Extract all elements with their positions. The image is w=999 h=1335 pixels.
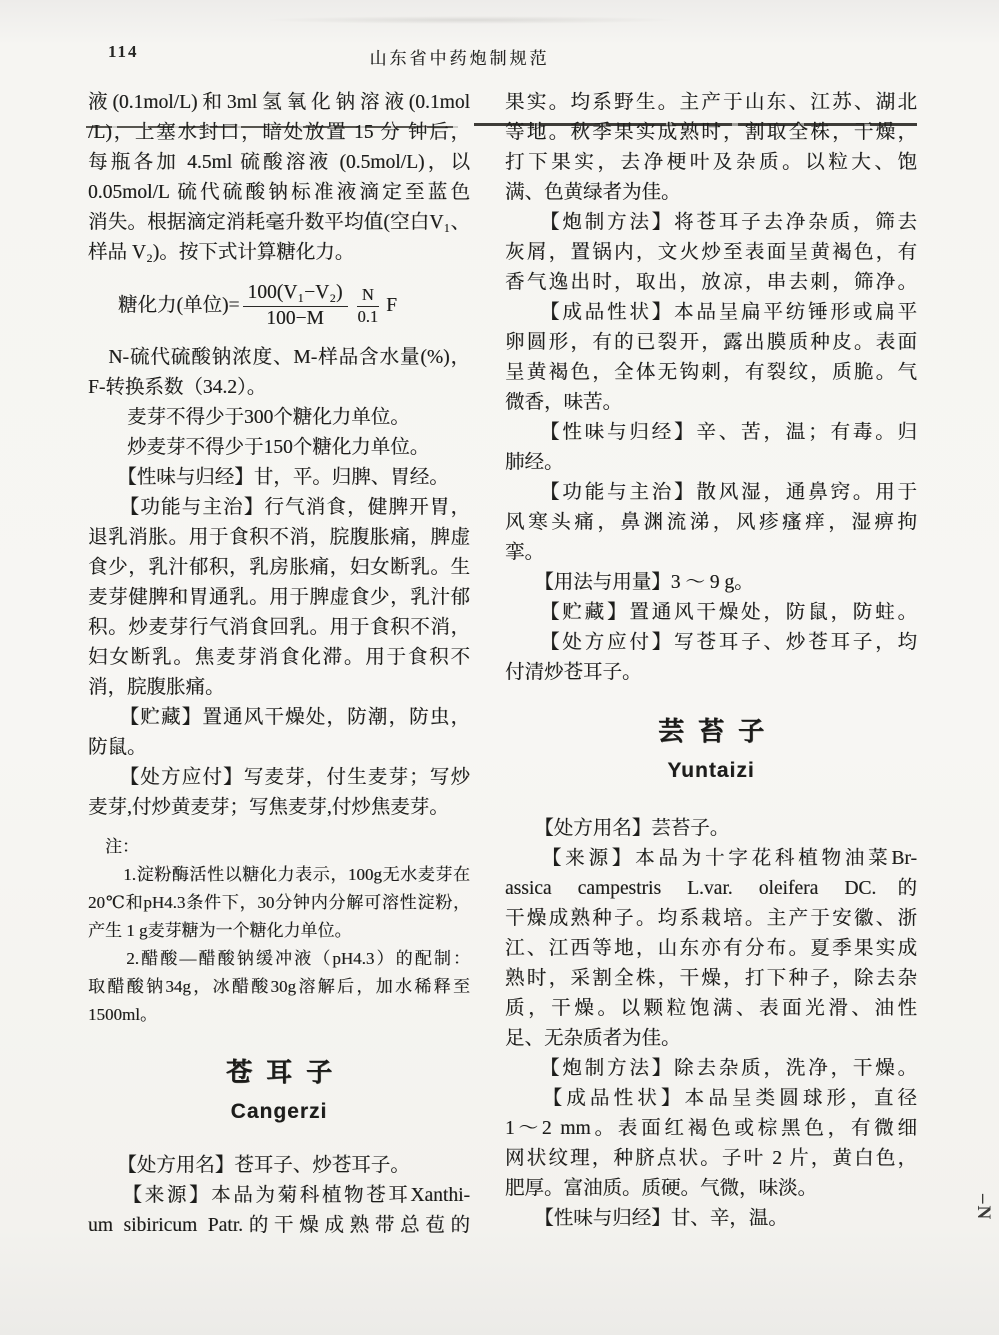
text-line: 卵圆形，有的已裂开，露出膜质种皮。表面	[505, 328, 917, 358]
formula-main-numerator: 100(V₁−V₂)	[243, 282, 348, 306]
text-line: 【用法与用量】3 ～ 9 g。	[505, 568, 917, 598]
text-line: 肥厚。富油质。质硬。气微，味淡。	[505, 1174, 917, 1204]
text-line: 样品 V₂)。按下式计算糖化力。	[88, 238, 470, 268]
text-line: 等地。秋季果实成熟时，割取全株，干燥，	[505, 118, 917, 148]
text-line: 食少，乳汁郁积，乳房胀痛，妇女断乳。生	[88, 553, 470, 583]
formula-sub-denominator: 0.1	[353, 307, 384, 327]
text-line: /L)，上塞水封口，暗处放置 15 分 钟后，	[88, 118, 470, 148]
text-line: N-硫代硫酸钠浓度、M-样品含水量(%)，	[88, 343, 470, 373]
text-line: 每瓶各加 4.5ml 硫酸溶液 (0.5mol/L)，以	[88, 148, 470, 178]
left-column: 液(0.1mol/L)和3ml氢氧化钠溶液(0.1mol/L)，上塞水封口，暗处…	[88, 88, 470, 1241]
text-line: 果实。均系野生。主产于山东、江苏、湖北	[505, 88, 917, 118]
text-line: 炒麦芽不得少于150个糖化力单位。	[88, 433, 470, 463]
text-line: 取醋酸钠34g，冰醋酸30g溶解后，加水稀释至	[88, 973, 470, 1001]
text-line: 微香，味苦。	[505, 388, 917, 418]
text-line: 质，干燥。以颗粒饱满、表面光滑、油性	[505, 994, 917, 1024]
text-line: 【贮藏】置通风干燥处，防潮，防虫，	[88, 703, 470, 733]
text-line: 网状纹理，种脐点状。子叶 2 片，黄白色，	[505, 1144, 917, 1174]
text-line: 【处方用名】芸苔子。	[505, 814, 917, 844]
text-line: 呈黄褐色，全体无钩刺，有裂纹，质脆。气	[505, 358, 917, 388]
text-line: 麦芽健脾和胃通乳。用于脾虚食少，乳汁郁	[88, 583, 470, 613]
right-column: 果实。均系野生。主产于山东、江苏、湖北等地。秋季果实成熟时，割取全株，干燥，打下…	[505, 88, 917, 1234]
text-line: 【来源】本品为十字花科植物油菜Br-	[505, 844, 917, 874]
formula-sub-fraction: N 0.1	[353, 286, 384, 327]
text-line: 注：	[88, 833, 470, 861]
note-block: 注： 1.淀粉酶活性以糖化力表示，100g无水麦芽在20℃和pH4.3条件下，3…	[88, 833, 470, 1029]
text-line: 灰屑，置锅内，文火炒至表面呈黄褐色，有	[505, 238, 917, 268]
text-line: 【性味与归经】甘、辛，温。	[505, 1204, 917, 1234]
text-line: 【炮制方法】将苍耳子去净杂质，筛去	[505, 208, 917, 238]
right-paragraph-top: 果实。均系野生。主产于山东、江苏、湖北等地。秋季果实成熟时，割取全株，干燥，打下…	[505, 88, 917, 688]
text-line: 【成品性状】本品呈类圆球形，直径	[505, 1084, 917, 1114]
section-pinyin-cangerzi: Cangerzi	[88, 1097, 470, 1127]
text-line: 【功能与主治】行气消食，健脾开胃，	[88, 493, 470, 523]
text-line: 麦芽,付炒黄麦芽；写焦麦芽,付炒焦麦芽。	[88, 793, 470, 823]
text-line: 【功能与主治】散风湿，通鼻窍。用于	[505, 478, 917, 508]
scanned-page: 114 山东省中药炮制规范 液(0.1mol/L)和3ml氢氧化钠溶液(0.1m…	[0, 0, 999, 1335]
section-title-cangerzi: 苍耳子	[88, 1055, 470, 1091]
text-line: 防鼠。	[88, 733, 470, 763]
text-line: 积。炒麦芽行气消食回乳。用于食积不消，	[88, 613, 470, 643]
formula-main-fraction: 100(V₁−V₂) 100−M	[243, 282, 348, 330]
text-line: 【性味与归经】辛、苦，温；有毒。归	[505, 418, 917, 448]
text-line: 足、无杂质者为佳。	[505, 1024, 917, 1054]
text-line: 【性味与归经】甘，平。归脾、胃经。	[88, 463, 470, 493]
text-line: 肺经。	[505, 448, 917, 478]
text-line: um sibiricum Patr.的干燥成熟带总苞的	[88, 1211, 470, 1241]
text-line: 【处方应付】写苍耳子、炒苍耳子，均	[505, 628, 917, 658]
text-line: 麦芽不得少于300个糖化力单位。	[88, 403, 470, 433]
text-line: 【贮藏】置通风干燥处，防鼠，防蛀。	[505, 598, 917, 628]
formula-factor: F	[386, 291, 397, 321]
text-line: 1～2 mm。表面红褐色或棕黑色，有微细	[505, 1114, 917, 1144]
text-line: 【成品性状】本品呈扁平纺锤形或扁平	[505, 298, 917, 328]
text-line: 江、江西等地，山东亦有分布。夏季果实成	[505, 934, 917, 964]
text-line: 20℃和pH4.3条件下，30分钟内分解可溶性淀粉，	[88, 889, 470, 917]
text-line: 香气逸出时，取出，放凉，串去刺，筛净。	[505, 268, 917, 298]
formula-sub-numerator: N	[357, 286, 379, 307]
formula-lhs: 糖化力(单位)=	[118, 291, 240, 321]
running-head-title: 山东省中药炮制规范	[0, 44, 919, 69]
text-line: 熟时，采割全株，干燥，打下种子，除去杂	[505, 964, 917, 994]
text-line: 风寒头痛，鼻渊流涕，风疹瘙痒，湿痹拘	[505, 508, 917, 538]
left-paragraph-mid: N-硫代硫酸钠浓度、M-样品含水量(%)，F-转换系数（34.2）。 麦芽不得少…	[88, 343, 470, 823]
text-line: 液(0.1mol/L)和3ml氢氧化钠溶液(0.1mol	[88, 88, 470, 118]
text-line: 【来源】本品为菊科植物苍耳Xanthi-	[88, 1181, 470, 1211]
text-line: 消，脘腹胀痛。	[88, 673, 470, 703]
text-line: 消失。根据滴定消耗毫升数平均值(空白V₁、	[88, 208, 470, 238]
section-pinyin-yuntaizi: Yuntaizi	[505, 756, 917, 786]
text-line: 满、色黄绿者为佳。	[505, 178, 917, 208]
text-line: 产生 1 g麦芽糖为一个糖化力单位。	[88, 917, 470, 945]
text-line: 干燥成熟种子。均系栽培。主产于安徽、浙	[505, 904, 917, 934]
text-line: 挛。	[505, 538, 917, 568]
section-title-yuntaizi: 芸苔子	[505, 714, 917, 750]
saccharification-formula: 糖化力(单位)= 100(V₁−V₂) 100−M N 0.1 F	[88, 275, 470, 337]
text-line: 付清炒苍耳子。	[505, 658, 917, 688]
text-line: F-转换系数（34.2）。	[88, 373, 470, 403]
text-line: 【炮制方法】除去杂质，洗净，干燥。	[505, 1054, 917, 1084]
text-line: 1.淀粉酶活性以糖化力表示，100g无水麦芽在	[88, 861, 470, 889]
text-line: 【处方应付】写麦芽，付生麦芽；写炒	[88, 763, 470, 793]
scan-smudge	[260, 16, 680, 24]
left-paragraph-top: 液(0.1mol/L)和3ml氢氧化钠溶液(0.1mol/L)，上塞水封口，暗处…	[88, 88, 470, 268]
text-line: 退乳消胀。用于食积不消，脘腹胀痛，脾虚	[88, 523, 470, 553]
margin-scan-mark: –N	[950, 1194, 994, 1234]
text-line: assica campestris L.var. oleifera DC.的	[505, 874, 917, 904]
right-section-paragraph: 【处方用名】芸苔子。 【来源】本品为十字花科植物油菜Br-assica camp…	[505, 814, 917, 1234]
text-line: 2.醋酸—醋酸钠缓冲液（pH4.3）的配制：	[88, 945, 470, 973]
formula-main-denominator: 100−M	[261, 307, 329, 330]
text-line: 0.05mol/L 硫代硫酸钠标准液滴定至蓝色	[88, 178, 470, 208]
text-line: 打下果实，去净梗叶及杂质。以粒大、饱	[505, 148, 917, 178]
left-section-paragraph: 【处方用名】苍耳子、炒苍耳子。 【来源】本品为菊科植物苍耳Xanthi-um s…	[88, 1151, 470, 1241]
text-line: 妇女断乳。焦麦芽消食化滞。用于食积不	[88, 643, 470, 673]
text-line: 1500ml。	[88, 1001, 470, 1029]
text-line: 【处方用名】苍耳子、炒苍耳子。	[88, 1151, 470, 1181]
